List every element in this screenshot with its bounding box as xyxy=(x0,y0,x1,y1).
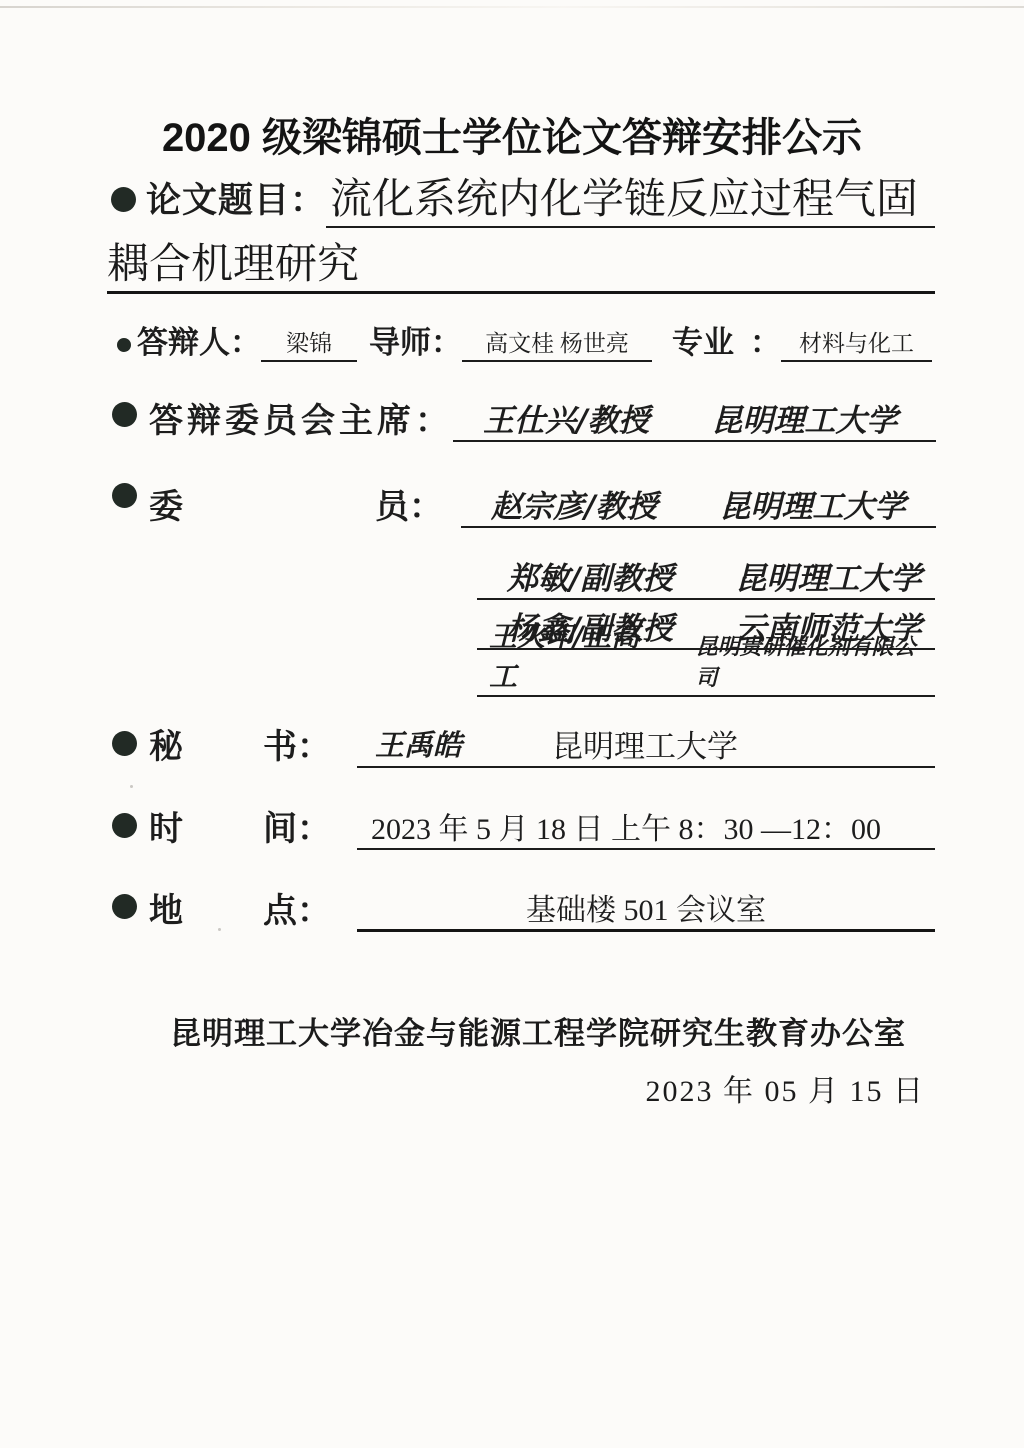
secretary-row: 秘 书： 王禹皓 昆明理工大学 xyxy=(149,714,935,768)
supervisor-names: 高文桂 杨世亮 xyxy=(462,325,652,362)
time-value: 2023 年 5 月 18 日 上午 8：30 —12：00 xyxy=(371,804,881,848)
time-label-right: 间： xyxy=(263,801,331,850)
secretary-entry: 王禹皓 昆明理工大学 xyxy=(357,721,935,768)
major-label: 专业 xyxy=(672,317,734,362)
committee-member-affiliation: 昆明理工大学 xyxy=(719,481,905,526)
committee-member-row: 郑敏/副教授 昆明理工大学 xyxy=(477,548,935,600)
location-label-left: 地 xyxy=(149,883,183,932)
bullet-icon xyxy=(112,483,137,508)
location-row: 地 点： 基础楼 501 会议室 xyxy=(149,876,935,932)
committee-member-row: 赵宗彦/教授 昆明理工大学 xyxy=(461,481,936,528)
committee-row: 委 员： 赵宗彦/教授 昆明理工大学 xyxy=(149,469,936,528)
scan-speck xyxy=(130,785,133,788)
major-colon: ： xyxy=(750,317,781,362)
thesis-title-value-line1: 流化系统内化学链反应过程气固 xyxy=(326,166,935,228)
bullet-icon xyxy=(111,187,136,212)
committee-label-left: 委 xyxy=(149,479,183,528)
footer-date: 2023 年 05 月 15 日 xyxy=(500,1066,925,1110)
thesis-title-label: 论文题目： xyxy=(146,173,326,228)
secretary-label-left: 秘 xyxy=(149,719,183,768)
scan-edge-artifact xyxy=(0,6,1024,8)
defender-row: 答辩人： 梁锦 导师： 高文桂 杨世亮 专业 ： 材料与化工 xyxy=(137,320,932,362)
bullet-icon xyxy=(112,402,137,427)
chair-row: 答辩委员会主席： 王仕兴/教授 昆明理工大学 xyxy=(149,389,936,442)
time-label-left: 时 xyxy=(149,801,183,850)
secretary-label-right: 书： xyxy=(263,719,331,768)
location-entry: 基础楼 501 会议室 xyxy=(357,885,935,932)
chair-name: 王仕兴/教授 xyxy=(483,395,649,440)
page-title: 2020 级梁锦硕士学位论文答辩安排公示 xyxy=(0,106,1024,163)
secretary-name: 王禹皓 xyxy=(375,723,462,766)
thesis-title-row: 论文题目： 流化系统内化学链反应过程气固 xyxy=(146,170,935,228)
bullet-icon xyxy=(117,338,131,352)
committee-member-name: 赵宗彦/教授 xyxy=(491,481,657,526)
footer-organization: 昆明理工大学冶金与能源工程学院研究生教育办公室 xyxy=(140,1008,936,1053)
bullet-icon xyxy=(112,894,137,919)
chair-label: 答辩委员会主席： xyxy=(149,393,453,442)
chair-affiliation: 昆明理工大学 xyxy=(711,395,897,440)
committee-label: 委 员： xyxy=(149,479,443,528)
time-label: 时 间： xyxy=(149,801,331,850)
scanned-announcement-page: 2020 级梁锦硕士学位论文答辩安排公示 论文题目： 流化系统内化学链反应过程气… xyxy=(0,0,1024,1448)
location-label: 地 点： xyxy=(149,883,331,932)
committee-member-name: 郑敏/副教授 xyxy=(507,553,673,598)
location-value: 基础楼 501 会议室 xyxy=(526,885,766,929)
defender-label: 答辩人： xyxy=(137,317,261,362)
chair-entry: 王仕兴/教授 昆明理工大学 xyxy=(453,395,936,442)
major-value: 材料与化工 xyxy=(781,325,932,362)
bullet-icon xyxy=(112,731,137,756)
defender-name: 梁锦 xyxy=(261,325,357,362)
committee-member-name: 王火印/正高工 xyxy=(489,615,665,695)
location-label-right: 点： xyxy=(263,883,331,932)
committee-label-right: 员： xyxy=(375,479,443,528)
bullet-icon xyxy=(112,813,137,838)
thesis-title-value-line2: 耦合机理研究 xyxy=(107,234,935,294)
secretary-affiliation: 昆明理工大学 xyxy=(552,721,738,766)
committee-member-affiliation: 昆明理工大学 xyxy=(735,553,921,598)
committee-member-affiliation: 昆明贵研催化剂有限公司 xyxy=(695,630,935,695)
time-row: 时 间： 2023 年 5 月 18 日 上午 8：30 —12：00 xyxy=(149,795,935,850)
secretary-label: 秘 书： xyxy=(149,719,331,768)
committee-member-row: 王火印/正高工 昆明贵研催化剂有限公司 xyxy=(477,650,935,697)
time-entry: 2023 年 5 月 18 日 上午 8：30 —12：00 xyxy=(357,804,935,850)
supervisor-label: 导师： xyxy=(369,317,462,362)
